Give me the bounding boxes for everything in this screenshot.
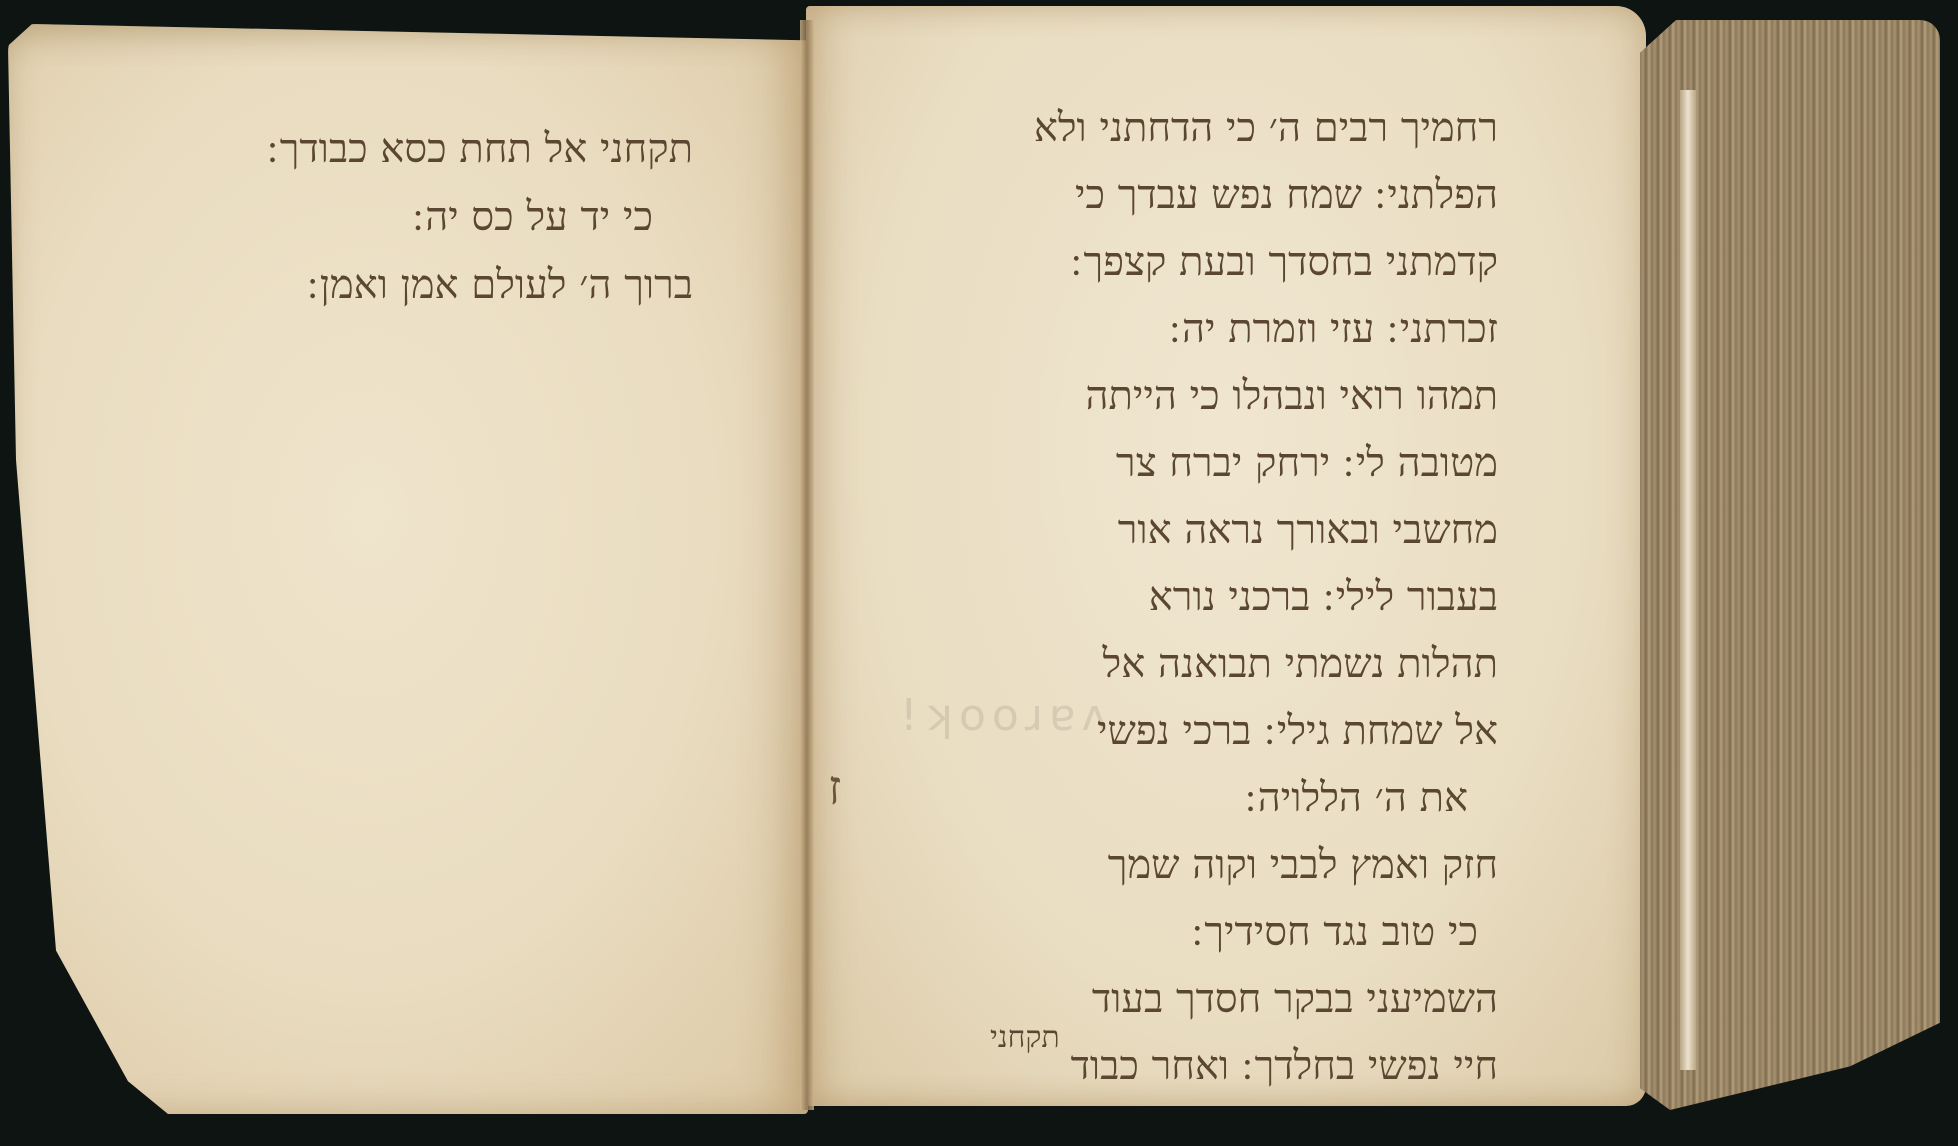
text-line: את ה׳ הללויה ׃ [1034,765,1468,832]
text-line: השמיעני בבקר חסדך בעוד [1034,966,1498,1033]
left-page-text: תקחני אל תחת כסא כבודך ׃ כי יד על כס יה … [267,115,693,319]
text-line: ברוך ה׳ לעולם אמן ואמן ׃ [267,251,693,319]
text-line: הפלתני ׃ שמח נפש עבדך כי [1034,162,1498,229]
text-line: כי טוב נגד חסידיך ׃ [1034,899,1478,966]
open-manuscript-book: תקחני אל תחת כסא כבודך ׃ כי יד על כס יה … [0,0,1958,1146]
text-line: מחשבי ובאורך נראה אור [1034,497,1498,564]
text-line: תמהו רואי ונבהלו כי הייתה [1034,363,1498,430]
marginal-mark: ז [828,760,841,816]
text-line: חזק ואמץ לבבי וקוה שמך [1034,832,1498,899]
catchword: תקחני [990,1020,1060,1055]
book-gutter [800,20,814,1110]
text-line: זכרתני ׃ עזי וזמרת יה ׃ [1034,296,1498,363]
text-line: מטובה לי ׃ ירחק יברח צר [1034,430,1498,497]
page-edge-highlight [1680,90,1696,1070]
right-page-text: רחמיך רבים ה׳ כי הדחתני ולא הפלתני ׃ שמח… [1034,95,1498,1100]
text-line: חיי נפשי בחלדך ׃ ואחר כבוד [1034,1033,1498,1100]
text-line: כי יד על כס יה ׃ [267,183,653,251]
text-line: בעבור לילי ׃ ברכני נורא [1034,564,1498,631]
text-line: רחמיך רבים ה׳ כי הדחתני ולא [1034,95,1498,162]
text-line: קדמתני בחסדך ובעת קצפך ׃ [1034,229,1498,296]
text-line: תהלות נשמתי תבואנה אל [1034,631,1498,698]
text-line: תקחני אל תחת כסא כבודך ׃ [267,115,693,183]
text-line: אל שמחת גילי ׃ ברכי נפשי [1034,698,1498,765]
